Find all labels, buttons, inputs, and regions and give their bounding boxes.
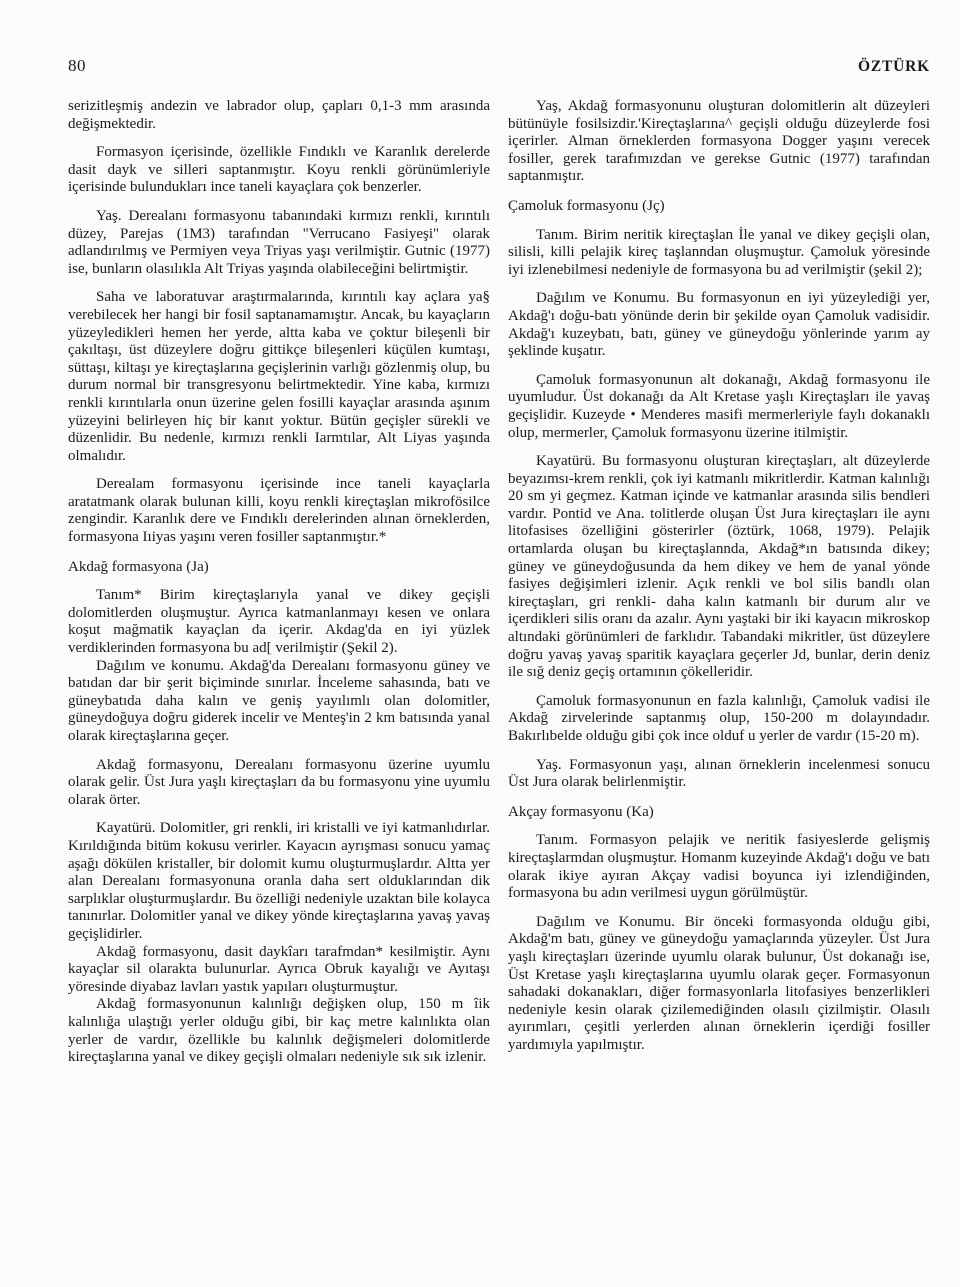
section-heading: Çamoluk formasyonu (Jç) — [508, 198, 930, 216]
paragraph: Formasyon içerisinde, özellikle Fındıklı… — [68, 144, 490, 197]
paragraph: Yaş. Derealanı formasyonu tabanındaki kı… — [68, 208, 490, 278]
paragraph: Tanım* Birim kireçtaşlarıyla yanal ve di… — [68, 587, 490, 657]
paragraph: Akdağ formasyonu, Derealanı formasyonu ü… — [68, 757, 490, 810]
paragraph: Dağılım ve Konumu. Bu formasyonun en iyi… — [508, 290, 930, 360]
page-number: 80 — [68, 56, 86, 76]
paragraph: Saha ve laboratuvar araştırmalarında, kı… — [68, 289, 490, 465]
paragraph: Tanım. Formasyon pelajik ve neritik fasi… — [508, 832, 930, 902]
paragraph: Akdağ formasyonunun kalınlığı değişken o… — [68, 996, 490, 1066]
running-head-author: ÖZTÜRK — [858, 58, 930, 76]
two-column-text: serizitleşmiş andezin ve labrador olup, … — [68, 98, 930, 1067]
paragraph: Derealam formasyonu içerisinde ince tane… — [68, 476, 490, 546]
paragraph: Dağılım ve konumu. Akdağ'da Derealanı fo… — [68, 658, 490, 746]
paragraph: Çamoluk formasyonunun alt dokanağı, Akda… — [508, 372, 930, 442]
right-column: Yaş, Akdağ formasyonunu oluşturan dolomi… — [508, 98, 930, 1067]
document-page: 80 ÖZTÜRK serizitleşmiş andezin ve labra… — [0, 0, 960, 1287]
page-header: 80 ÖZTÜRK — [68, 56, 930, 76]
paragraph: Yaş, Akdağ formasyonunu oluşturan dolomi… — [508, 98, 930, 186]
paragraph: Akdağ formasyonu, dasit daykîarı tarafmd… — [68, 944, 490, 997]
paragraph: Yaş. Formasyonun yaşı, alınan örneklerin… — [508, 757, 930, 792]
paragraph: serizitleşmiş andezin ve labrador olup, … — [68, 98, 490, 133]
section-heading: Akçay formasyonu (Ka) — [508, 804, 930, 822]
paragraph: Çamoluk formasyonunun en fazla kalınlığı… — [508, 693, 930, 746]
paragraph: Kayatürü. Bu formasyonu oluşturan kireçt… — [508, 453, 930, 682]
paragraph: Kayatürü. Dolomitler, gri renkli, iri kr… — [68, 820, 490, 943]
paragraph: Dağılım ve Konumu. Bir önceki formasyond… — [508, 914, 930, 1055]
section-heading: Akdağ formasyona (Ja) — [68, 559, 490, 577]
paragraph: Tanım. Birim neritik kireçtaşlan İle yan… — [508, 227, 930, 280]
left-column: serizitleşmiş andezin ve labrador olup, … — [68, 98, 490, 1067]
